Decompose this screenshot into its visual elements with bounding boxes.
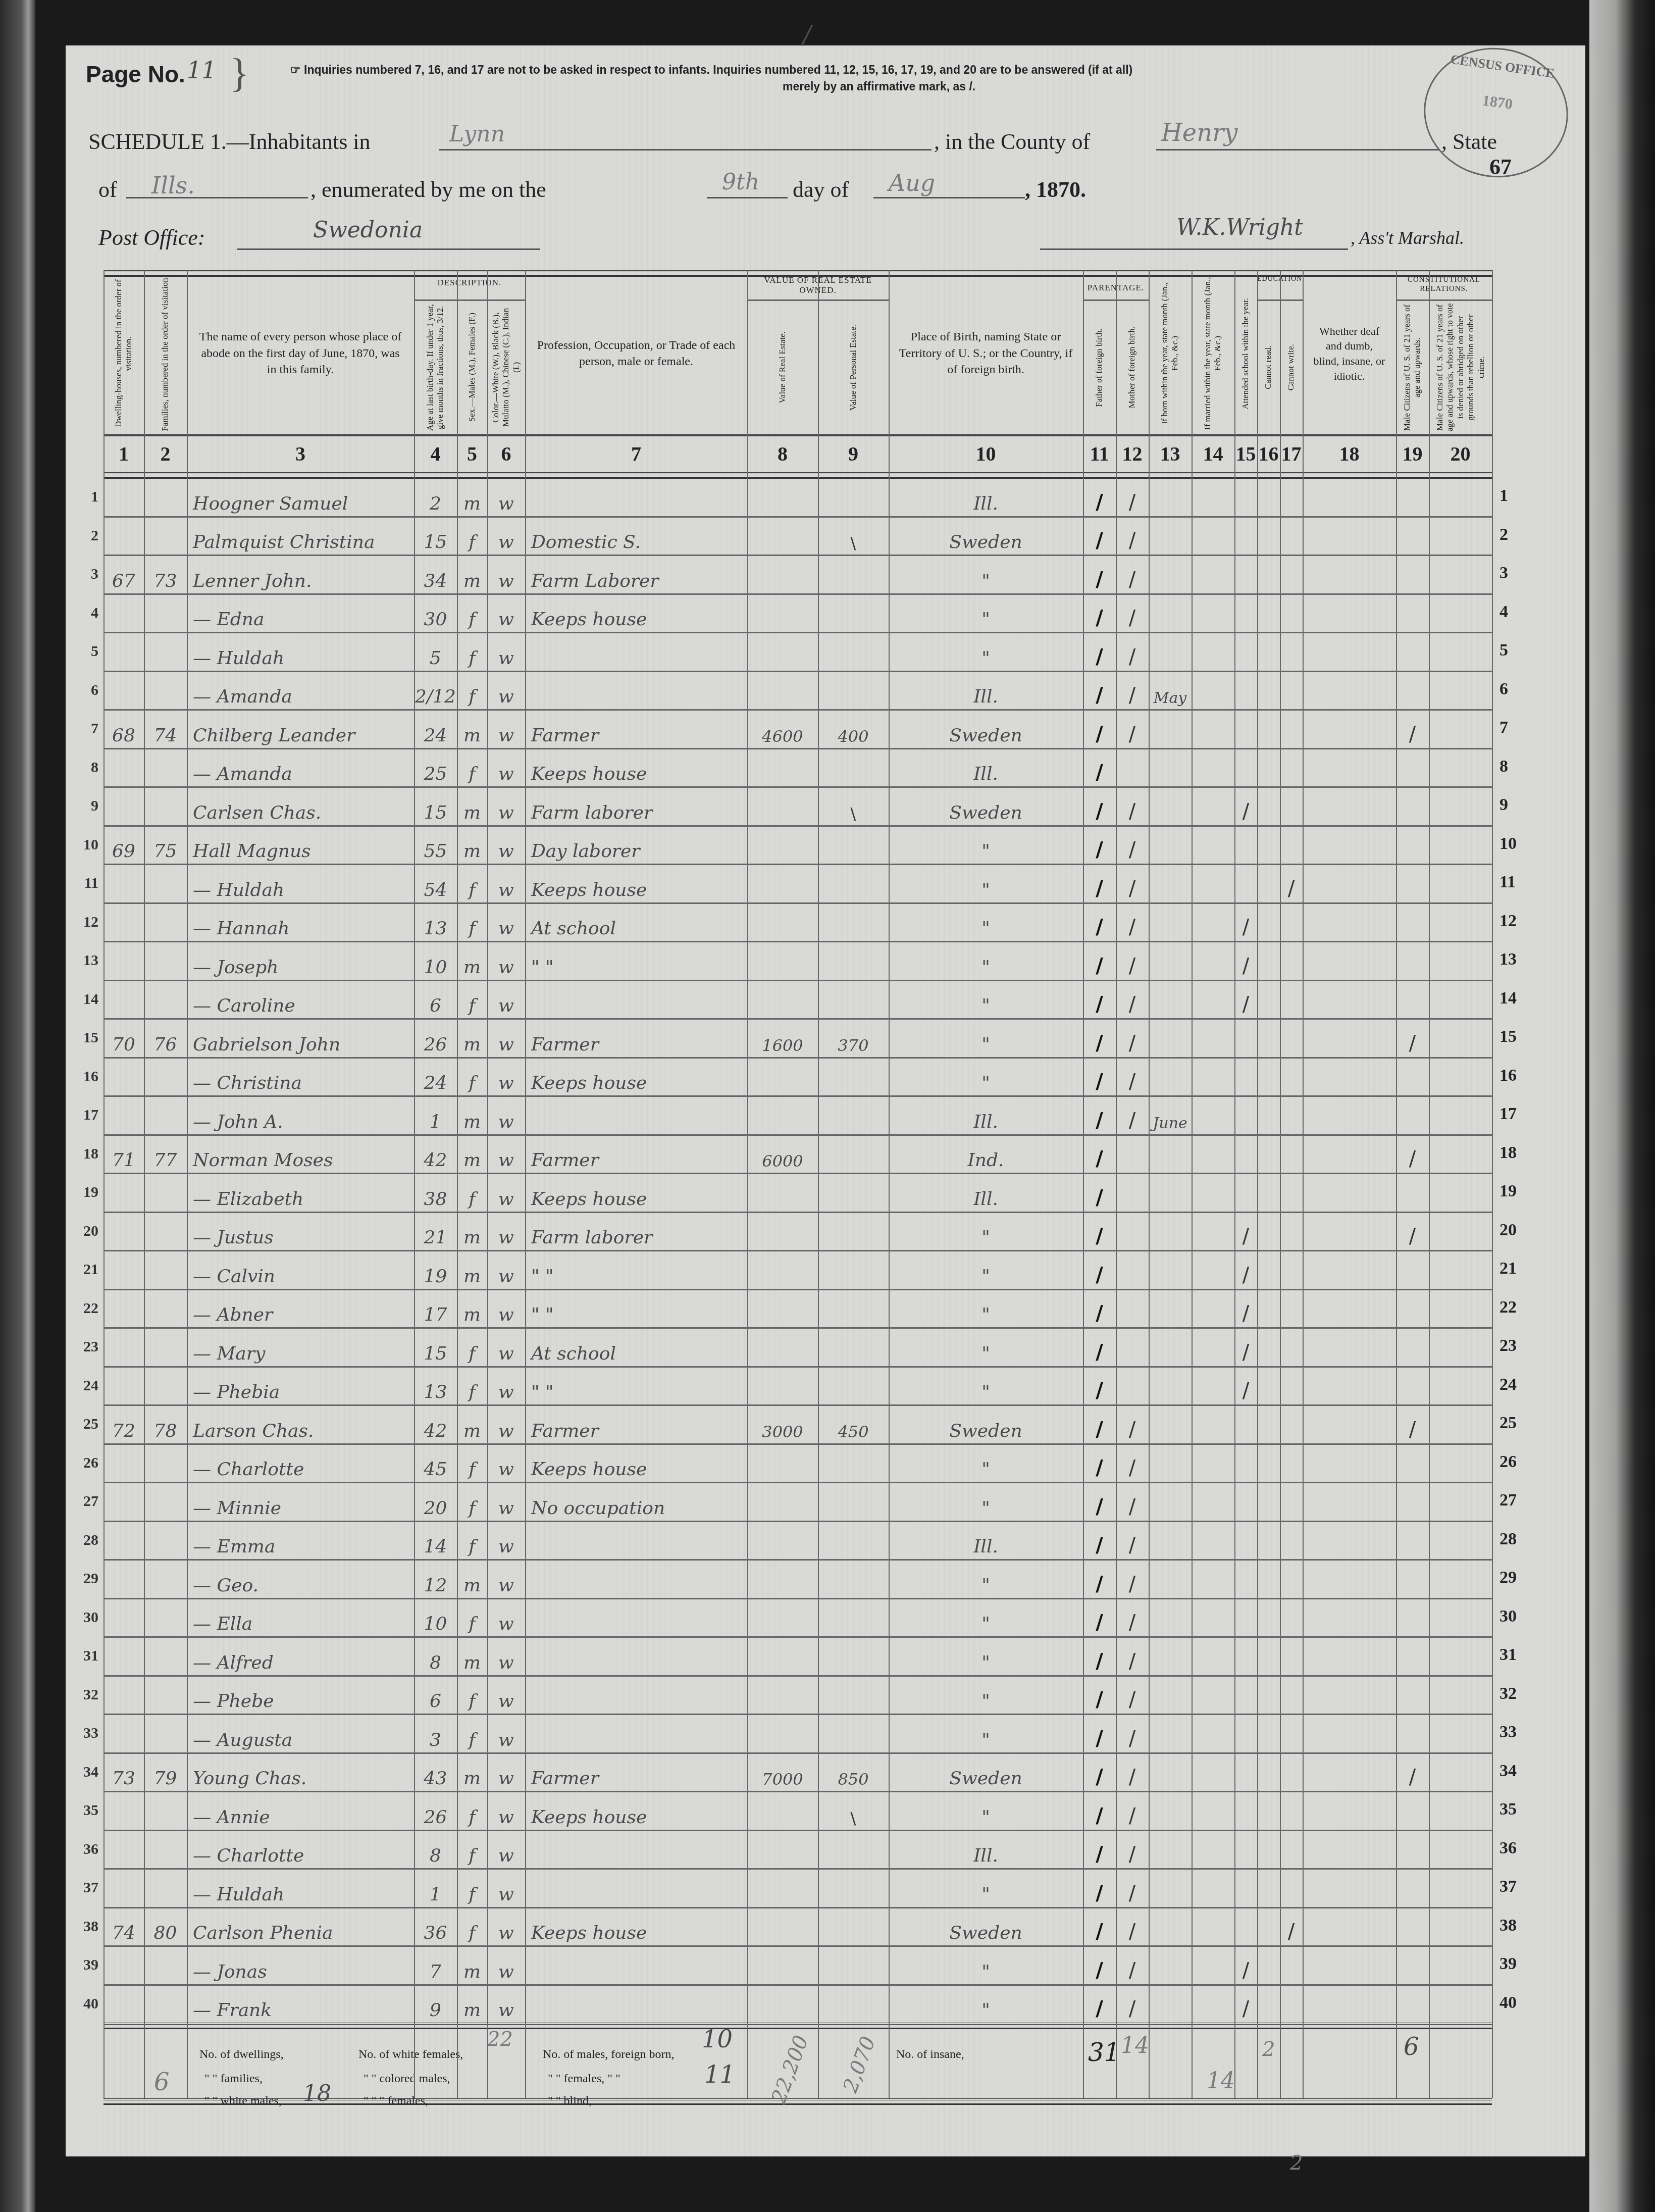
cell-color: w [487,1675,525,1714]
cell-name: — Joseph [187,941,414,980]
cell-sex: f [457,593,487,632]
cell-name: — Phebe [187,1675,414,1714]
cell-father-foreign: / [1083,1134,1116,1173]
column-header-5: Sex.—Males (M.), Females (F.) [457,303,487,432]
cell-occupation: " " [525,1289,747,1328]
census-row: 2121— Calvin19mw" ""// [104,1250,1492,1289]
line-number-right: 12 [1499,912,1530,931]
census-table: DESCRIPTION. VALUE OF REAL ESTATE OWNED.… [104,270,1492,2088]
column-header-label: Profession, Occupation, or Trade of each… [525,337,747,370]
census-row: 3636— Charlotte8fwIll.// [104,1830,1492,1869]
column-header-9: Value of Personal Estate. [818,303,889,432]
page-no-label: Page No. [86,61,185,88]
month-line [873,197,1025,198]
township-line [439,149,932,150]
column-number: 18 [1303,442,1396,466]
cell-sex: f [457,1791,487,1830]
column-header-11: Father of foreign birth. [1083,303,1116,432]
line-number-left: 37 [78,1879,98,1896]
cell-name: — Hannah [187,902,414,941]
line-number-right: 28 [1499,1530,1530,1549]
census-row: 1212— Hannah13fwAt school"/// [104,902,1492,941]
census-row: 44— Edna30fwKeeps house"// [104,593,1492,632]
cell-birthplace: " [889,1868,1083,1907]
cell-father-foreign: / [1083,1327,1116,1366]
column-header-label: Place of Birth, naming State or Territor… [889,329,1083,378]
cell-mother-foreign: / [1116,1636,1149,1675]
cell-occupation: Farm laborer [525,1212,747,1250]
cell-father-foreign: / [1083,748,1116,787]
cell-mother-foreign: / [1116,1830,1149,1869]
column-header-label: If married within the year, state month … [1203,275,1223,432]
cell-personal: \ [818,516,889,555]
column-number: 10 [889,442,1083,466]
census-row: 3333— Augusta3fw"// [104,1714,1492,1752]
cell-personal: 450 [818,1404,889,1443]
cell-mother-foreign: / [1116,1404,1149,1443]
cell-name: Gabrielson John [187,1018,414,1057]
column-header-label: Male Citizens of U. S. of 21 years of ag… [1402,303,1423,432]
line-number-left: 16 [78,1068,98,1085]
cell-color: w [487,1095,525,1134]
cell-name: Hall Magnus [187,825,414,864]
column-header-label: Cannot write. [1286,344,1296,391]
cell-father-foreign: / [1083,941,1116,980]
cell-cannot-write: / [1280,1907,1303,1946]
cell-birthplace: Ill. [889,1830,1083,1869]
cell-age: 26 [414,1791,457,1830]
cell-birthplace: Sweden [889,1752,1083,1791]
cell-sex: f [457,1443,487,1482]
cell-mother-foreign: / [1116,1482,1149,1521]
cell-father-foreign: / [1083,1212,1116,1250]
census-row: 2626— Charlotte45fwKeeps house"// [104,1443,1492,1482]
cell-color: w [487,1250,525,1289]
cell-birthplace: Sweden [889,1907,1083,1946]
line-number-right: 23 [1499,1336,1530,1355]
cell-dwelling: 74 [104,1907,144,1946]
cell-father-foreign: / [1083,1868,1116,1907]
cell-sex: f [457,980,487,1019]
bottom-mark: 2 [1290,2151,1303,2175]
cell-sex: f [457,1327,487,1366]
cell-birthplace: " [889,1327,1083,1366]
cell-school: / [1234,1945,1257,1984]
line-number-right: 30 [1499,1607,1530,1626]
column-number: 17 [1280,442,1303,466]
cell-color: w [487,516,525,555]
cell-color: w [487,1945,525,1984]
line-number-left: 13 [78,952,98,969]
column-number: 12 [1116,442,1149,466]
cell-age: 13 [414,1366,457,1405]
cell-occupation: Farmer [525,1404,747,1443]
cell-birthplace: " [889,1714,1083,1752]
census-row: 3131— Alfred8mw"// [104,1636,1492,1675]
column-rule [1396,270,1397,2098]
cell-name: — Caroline [187,980,414,1019]
cell-color: w [487,864,525,902]
cell-name: — Phebia [187,1366,414,1405]
line-number-right: 39 [1499,1954,1530,1974]
marshal-label: , Ass't Marshal. [1351,227,1464,248]
cell-name: — Christina [187,1057,414,1096]
county-value: Henry [1161,119,1237,147]
cell-citizen: / [1396,1752,1429,1791]
line-number-left: 10 [78,836,98,853]
cell-mother-foreign: / [1116,1791,1149,1830]
cell-sex: m [457,1289,487,1328]
column-number: 11 [1083,442,1116,466]
cell-birthplace: " [889,825,1083,864]
column-number-rule [104,434,1492,436]
cell-birthplace: Ill. [889,1173,1083,1212]
cell-father-foreign: / [1083,477,1116,516]
cell-occupation: Farmer [525,1752,747,1791]
cell-citizen: / [1396,1404,1429,1443]
column-rule [1429,270,1430,2098]
census-row: 22Palmquist Christina15fwDomestic S.\Swe… [104,516,1492,555]
line-number-right: 7 [1499,718,1530,737]
cell-father-foreign: / [1083,593,1116,632]
cell-age: 38 [414,1173,457,1212]
cell-age: 6 [414,980,457,1019]
line-number-left: 27 [78,1493,98,1510]
cell-birthplace: " [889,1366,1083,1405]
cell-personal: 370 [818,1018,889,1057]
cell-color: w [487,1134,525,1173]
cell-citizen: / [1396,1018,1429,1057]
township-value: Lynn [449,121,505,147]
line-number-right: 20 [1499,1221,1530,1240]
line-number-left: 40 [78,1995,98,2013]
line-number-left: 6 [78,682,98,699]
cell-occupation: Keeps house [525,1907,747,1946]
line-number-right: 17 [1499,1104,1530,1124]
cell-family: 74 [144,709,187,748]
column-number: 16 [1257,442,1280,466]
line-number-left: 26 [78,1454,98,1472]
line-number-left: 28 [78,1532,98,1549]
cell-birthplace: " [889,593,1083,632]
column-rule [818,270,819,2098]
post-office-line [237,248,540,250]
cell-color: w [487,477,525,516]
column-rule [1234,270,1235,2098]
line-number-right: 3 [1499,564,1530,583]
cell-age: 5 [414,632,457,671]
cell-sex: f [457,1714,487,1752]
column-number: 13 [1149,442,1192,466]
county-line [1156,149,1439,150]
line-number-left: 5 [78,643,98,660]
line-number-right: 38 [1499,1916,1530,1935]
cell-name: Lenner John. [187,555,414,593]
cell-birthplace: " [889,1636,1083,1675]
census-row: 2020— Justus21mwFarm laborer"/// [104,1212,1492,1250]
cell-color: w [487,1289,525,1328]
column-rule [1303,270,1304,2098]
cell-family: 76 [144,1018,187,1057]
cell-father-foreign: / [1083,1636,1116,1675]
column-number: 1 [104,442,144,466]
line-number-left: 31 [78,1647,98,1665]
cell-father-foreign: / [1083,1095,1116,1134]
cell-color: w [487,1714,525,1752]
cell-color: w [487,1057,525,1096]
footer-mother-foreign-total: 14 [1121,2033,1149,2058]
line-number-right: 25 [1499,1414,1530,1433]
top-mark: / [803,20,811,49]
cell-name: — John A. [187,1095,414,1134]
column-header-16: Cannot read. [1257,303,1280,432]
line-number-left: 38 [78,1918,98,1935]
census-row: 1919— Elizabeth38fwKeeps houseIll./ [104,1173,1492,1212]
cell-color: w [487,1366,525,1405]
cell-citizen: / [1396,709,1429,748]
cell-father-foreign: / [1083,1521,1116,1560]
cell-birthplace: Ill. [889,1521,1083,1560]
census-row: 2929— Geo.12mw"// [104,1559,1492,1598]
cell-occupation: Farm Laborer [525,555,747,593]
cell-father-foreign: / [1083,1173,1116,1212]
group-description: DESCRIPTION. [414,278,525,288]
cell-birthplace: Sweden [889,1404,1083,1443]
line-number-left: 32 [78,1686,98,1703]
cell-name: — Edna [187,593,414,632]
census-row: 4040— Frank9mw"/// [104,1984,1492,2023]
cell-age: 54 [414,864,457,902]
line-number-left: 19 [78,1184,98,1201]
footer-personal-estate-total: 2,070 [839,2033,880,2095]
census-row: 88— Amanda25fwKeeps houseIll./ [104,748,1492,787]
cell-name: — Amanda [187,748,414,787]
line-number-left: 12 [78,914,98,931]
column-rule [414,270,415,2098]
cell-sex: f [457,748,487,787]
cell-sex: f [457,1598,487,1637]
cell-color: w [487,1212,525,1250]
column-header-label: Cannot read. [1263,345,1273,389]
cell-color: w [487,1559,525,1598]
census-row: 11Hoogner Samuel2mwIll.// [104,477,1492,516]
column-rule [1083,270,1084,2098]
column-header-18: Whether deaf and dumb, blind, insane, or… [1303,275,1396,432]
census-row: 1717— John A.1mwIll.//June [104,1095,1492,1134]
cell-school: / [1234,1212,1257,1250]
cell-name: Carlson Phenia [187,1907,414,1946]
cell-age: 14 [414,1521,457,1560]
cell-color: w [487,632,525,671]
column-rule [1492,270,1493,2098]
cell-father-foreign: / [1083,1945,1116,1984]
column-header-1: Dwelling-houses, numbered in the order o… [104,275,144,432]
column-rule [1192,270,1193,2098]
census-row: 1111— Huldah54fwKeeps house"/// [104,864,1492,902]
cell-dwelling: 67 [104,555,144,593]
cell-real: 7000 [747,1752,818,1791]
cell-name: — Amanda [187,671,414,710]
cell-birthplace: " [889,1984,1083,2023]
line-number-left: 30 [78,1609,98,1626]
cell-sex: m [457,1984,487,2023]
cell-birthplace: Sweden [889,516,1083,555]
cell-name: — Calvin [187,1250,414,1289]
column-rule [487,270,488,2098]
footer-citizens-total: 6 [1404,2033,1419,2061]
cell-sex: f [457,516,487,555]
cell-school: / [1234,1984,1257,2023]
cell-birthplace: " [889,1945,1083,1984]
cell-age: 24 [414,709,457,748]
cell-name: Larson Chas. [187,1404,414,1443]
cell-father-foreign: / [1083,1714,1116,1752]
cell-sex: f [457,864,487,902]
column-number: 5 [457,442,487,466]
cell-age: 1 [414,1868,457,1907]
cell-name: Norman Moses [187,1134,414,1173]
footer-top-rule [104,2023,1492,2029]
line-number-right: 18 [1499,1143,1530,1163]
cell-age: 34 [414,555,457,593]
cell-age: 55 [414,825,457,864]
cell-occupation: " " [525,941,747,980]
line-number-right: 9 [1499,795,1530,815]
line-number-right: 32 [1499,1684,1530,1703]
line-number-left: 17 [78,1107,98,1124]
column-header-10: Place of Birth, naming State or Territor… [889,275,1083,432]
cell-age: 8 [414,1636,457,1675]
cell-sex: f [457,1907,487,1946]
cell-name: Hoogner Samuel [187,477,414,516]
cell-color: w [487,902,525,941]
cell-occupation: Keeps house [525,593,747,632]
census-row: 38387480Carlson Phenia36fwKeeps houseSwe… [104,1907,1492,1946]
book-binding [0,0,35,2212]
cell-father-foreign: / [1083,1289,1116,1328]
cell-age: 43 [414,1752,457,1791]
cell-father-foreign: / [1083,632,1116,671]
schedule-label: SCHEDULE 1.—Inhabitants in [88,129,371,155]
cell-father-foreign: / [1083,1482,1116,1521]
column-header-8: Value of Real Estate. [747,303,818,432]
cell-birthplace: " [889,1675,1083,1714]
line-number-left: 7 [78,720,98,737]
cell-mother-foreign: / [1116,632,1149,671]
cell-mother-foreign: / [1116,980,1149,1019]
cell-sex: f [457,1521,487,1560]
day-value: 9th [722,169,759,195]
cell-birthplace: " [889,1598,1083,1637]
cell-birthplace: " [889,1443,1083,1482]
cell-mother-foreign: / [1116,1868,1149,1907]
column-header-label: Value of Personal Estate. [848,325,858,411]
cell-age: 2/12 [414,671,457,710]
cell-name: — Annie [187,1791,414,1830]
line-number-left: 24 [78,1377,98,1394]
cell-occupation: Farm laborer [525,786,747,825]
line-number-right: 27 [1499,1491,1530,1510]
cell-color: w [487,786,525,825]
column-header-label: Attended school within the year. [1240,298,1251,409]
cell-mother-foreign: / [1116,1714,1149,1752]
cell-sex: f [457,902,487,941]
census-row: 25257278Larson Chas.42mwFarmer3000450Swe… [104,1404,1492,1443]
cell-family: 75 [144,825,187,864]
cell-father-foreign: / [1083,1366,1116,1405]
line-number-right: 13 [1499,950,1530,969]
cell-father-foreign: / [1083,1250,1116,1289]
cell-mother-foreign: / [1116,941,1149,980]
cell-sex: m [457,1559,487,1598]
cell-occupation: Keeps house [525,1443,747,1482]
cell-name: — Huldah [187,632,414,671]
cell-age: 9 [414,1984,457,2023]
census-row: 55— Huldah5fw"// [104,632,1492,671]
cell-color: w [487,709,525,748]
line-number-left: 18 [78,1145,98,1163]
cell-name: — Huldah [187,864,414,902]
cell-color: w [487,748,525,787]
column-header-label: Male Citizens of U. S. of 21 years of ag… [1435,303,1486,432]
cell-birthplace: " [889,864,1083,902]
cell-school: / [1234,980,1257,1019]
line-number-right: 8 [1499,757,1530,776]
cell-birthplace: Ill. [889,1095,1083,1134]
cell-age: 10 [414,1598,457,1637]
cell-father-foreign: / [1083,709,1116,748]
column-header-2: Families, numbered in the order of visit… [144,275,187,432]
column-number: 7 [525,442,747,466]
line-number-right: 22 [1499,1298,1530,1317]
cell-father-foreign: / [1083,980,1116,1019]
cell-father-foreign: / [1083,1404,1116,1443]
census-row: 10106975Hall Magnus55mwDay laborer"// [104,825,1492,864]
cell-mother-foreign: / [1116,1521,1149,1560]
footer-foreign-females-label: " " females, " " [548,2072,620,2086]
line-number-right: 2 [1499,525,1530,544]
cell-personal: 400 [818,709,889,748]
group-rule [1396,299,1492,301]
cell-school: / [1234,786,1257,825]
cell-birthplace: " [889,1482,1083,1521]
cell-real: 6000 [747,1134,818,1173]
cell-birthplace: " [889,1289,1083,1328]
column-header-17: Cannot write. [1280,303,1303,432]
cell-name: Chilberg Leander [187,709,414,748]
census-row: 18187177Norman Moses42mwFarmer6000Ind.// [104,1134,1492,1173]
brace: } [230,51,249,96]
line-number-right: 5 [1499,641,1530,660]
line-number-left: 25 [78,1416,98,1433]
column-number: 19 [1396,442,1429,466]
of-label: of [98,177,117,203]
cell-mother-foreign: / [1116,1443,1149,1482]
cell-father-foreign: / [1083,1598,1116,1637]
cell-real: 3000 [747,1404,818,1443]
cell-occupation: Keeps house [525,1791,747,1830]
cell-color: w [487,671,525,710]
cell-mother-foreign: / [1116,1095,1149,1134]
column-header-19: Male Citizens of U. S. of 21 years of ag… [1396,303,1429,432]
column-rule [889,270,890,2098]
cell-age: 19 [414,1250,457,1289]
column-header-label: The name of every person whose place of … [187,329,414,378]
cell-age: 17 [414,1289,457,1328]
cell-age: 42 [414,1404,457,1443]
column-rule [187,270,188,2098]
line-number-left: 21 [78,1261,98,1278]
